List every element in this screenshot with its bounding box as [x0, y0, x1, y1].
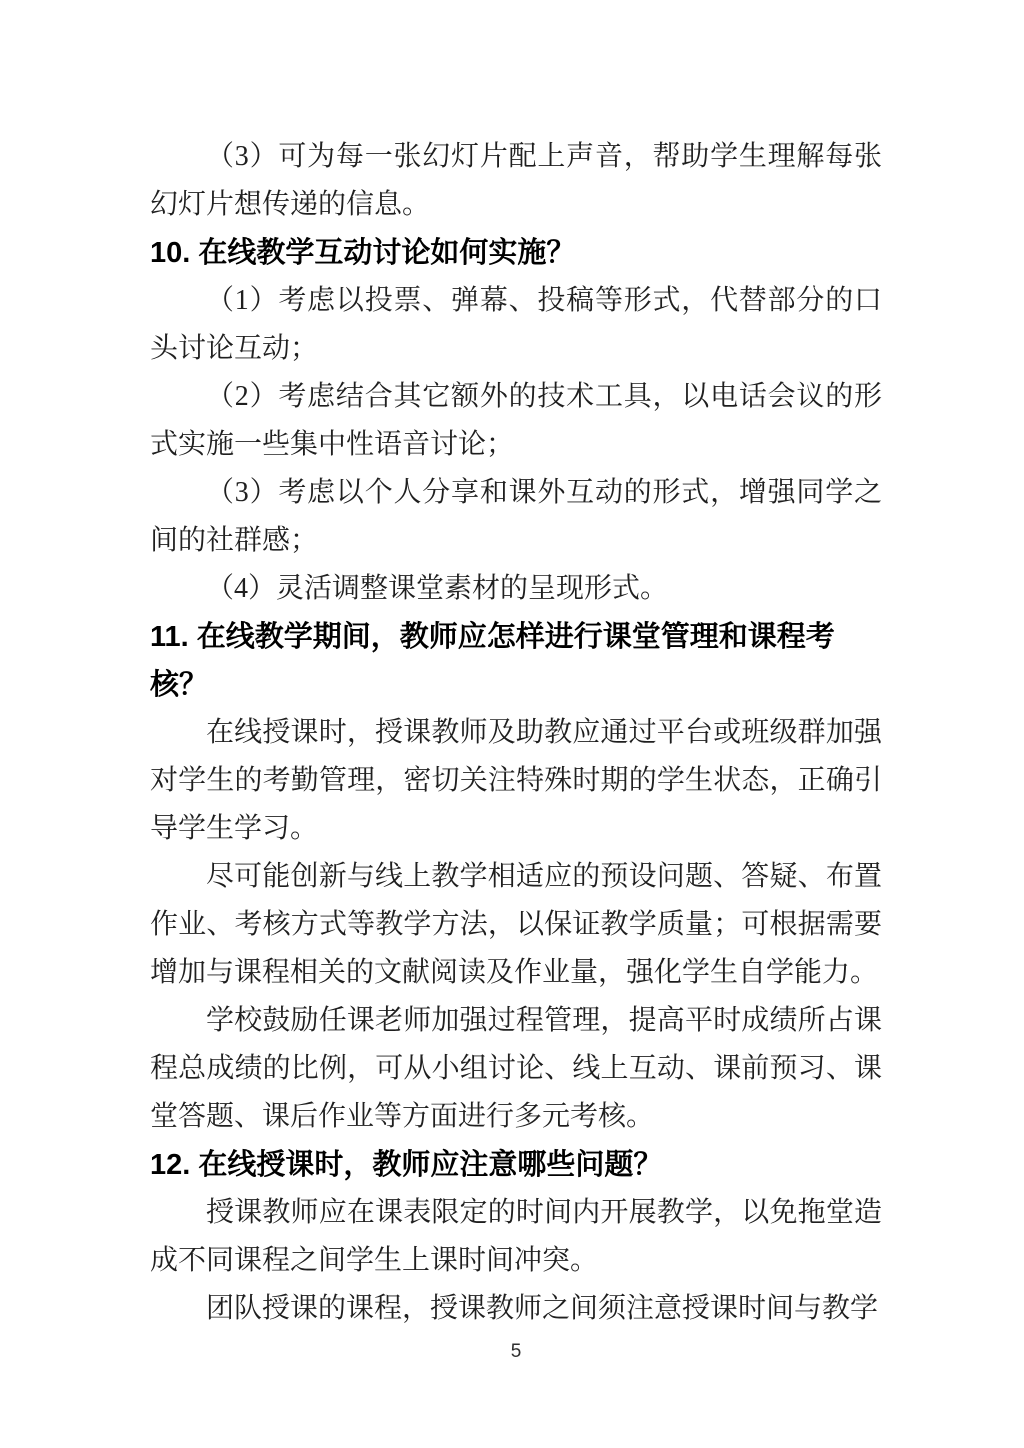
paragraph: （1）考虑以投票、弹幕、投稿等形式，代替部分的口头讨论互动； [150, 277, 882, 373]
paragraph: 团队授课的课程，授课教师之间须注意授课时间与教学 [150, 1285, 882, 1333]
page-number: 5 [150, 1340, 882, 1364]
paragraph: （3）考虑以个人分享和课外互动的形式，增强同学之间的社群感； [150, 469, 882, 565]
paragraph: （2）考虑结合其它额外的技术工具，以电话会议的形式实施一些集中性语音讨论； [150, 373, 882, 469]
section-heading: 10. 在线教学互动讨论如何实施？ [150, 229, 882, 277]
section-heading: 11. 在线教学期间，教师应怎样进行课堂管理和课程考核？ [150, 613, 882, 709]
paragraph: 学校鼓励任课老师加强过程管理，提高平时成绩所占课程总成绩的比例，可从小组讨论、线… [150, 997, 882, 1141]
document-content: （3）可为每一张幻灯片配上声音，帮助学生理解每张幻灯片想传递的信息。10. 在线… [150, 133, 882, 1333]
document-page: （3）可为每一张幻灯片配上声音，帮助学生理解每张幻灯片想传递的信息。10. 在线… [0, 0, 1024, 1448]
paragraph: 在线授课时，授课教师及助教应通过平台或班级群加强对学生的考勤管理，密切关注特殊时… [150, 709, 882, 853]
section-heading: 12. 在线授课时，教师应注意哪些问题？ [150, 1141, 882, 1189]
paragraph: 授课教师应在课表限定的时间内开展教学，以免拖堂造成不同课程之间学生上课时间冲突。 [150, 1189, 882, 1285]
paragraph: 尽可能创新与线上教学相适应的预设问题、答疑、布置作业、考核方式等教学方法，以保证… [150, 853, 882, 997]
paragraph: （4）灵活调整课堂素材的呈现形式。 [150, 565, 882, 613]
paragraph: （3）可为每一张幻灯片配上声音，帮助学生理解每张幻灯片想传递的信息。 [150, 133, 882, 229]
